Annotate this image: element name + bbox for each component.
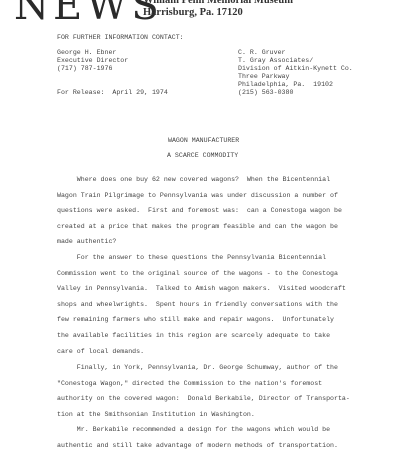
article-line: For the answer to these questions the Pe…	[57, 250, 349, 266]
contact-right-city: Philadelphia, Pa. 19102	[238, 81, 333, 89]
contact-left-title: Executive Director	[57, 57, 128, 65]
masthead-news: NEWS	[14, 0, 163, 26]
article-line: Mr. Berkabile recommended a design for t…	[57, 422, 349, 438]
article-paragraph-3: Finally, in York, Pennsylvania, Dr. Geor…	[57, 360, 349, 422]
contact-left-name: George H. Ebner	[57, 49, 116, 57]
article-line: Finally, in York, Pennsylvania, Dr. Geor…	[57, 360, 349, 376]
contact-right-phone: (215) 563-0380	[238, 89, 293, 97]
article-subtitle: A SCARCE COMMODITY	[167, 152, 238, 160]
article-line: the available facilities in this region …	[57, 328, 349, 344]
contact-left-phone: (717) 787-1976	[57, 65, 112, 73]
article-paragraph-4: Mr. Berkabile recommended a design for t…	[57, 422, 349, 450]
contact-right-division: Division of Aitkin-Kynett Co.	[238, 65, 353, 73]
article-line: made authentic?	[57, 234, 349, 250]
museum-name: William Penn Memorial Museum	[143, 0, 293, 7]
article-paragraph-2: For the answer to these questions the Pe…	[57, 250, 349, 359]
contact-right-company: T. Gray Associates/	[238, 57, 313, 65]
article-line: questions were asked. First and foremost…	[57, 203, 349, 219]
article-line: authority on the covered wagon: Donald B…	[57, 391, 349, 407]
article-paragraph-1: Where does one buy 62 new covered wagons…	[57, 172, 349, 250]
article-line: Valley in Pennsylvania. Talked to Amish …	[57, 281, 349, 297]
article-line: created at a price that makes the progra…	[57, 219, 349, 235]
contact-right-name: C. R. Gruver	[238, 49, 285, 57]
article-line: Where does one buy 62 new covered wagons…	[57, 172, 349, 188]
article-line: authentic and still take advantage of mo…	[57, 438, 349, 450]
article-title: WAGON MANUFACTURER	[168, 137, 239, 145]
museum-city: Harrisburg, Pa. 17120	[143, 7, 243, 19]
article-line: "Conestoga Wagon," directed the Commissi…	[57, 376, 349, 392]
article-line: few remaining farmers who still make and…	[57, 312, 349, 328]
contact-heading: FOR FURTHER INFORMATION CONTACT:	[57, 34, 184, 42]
contact-right-address: Three Parkway	[238, 73, 289, 81]
article-line: care of local demands.	[57, 344, 349, 360]
release-date: For Release: April 29, 1974	[57, 89, 168, 97]
article-line: Commission went to the original source o…	[57, 266, 349, 282]
article-line: tion at the Smithsonian Institution in W…	[57, 407, 349, 423]
article-line: shops and wheelwrights. Spent hours in f…	[57, 297, 349, 313]
article-line: Wagon Train Pilgrimage to Pennsylvania w…	[57, 188, 349, 204]
